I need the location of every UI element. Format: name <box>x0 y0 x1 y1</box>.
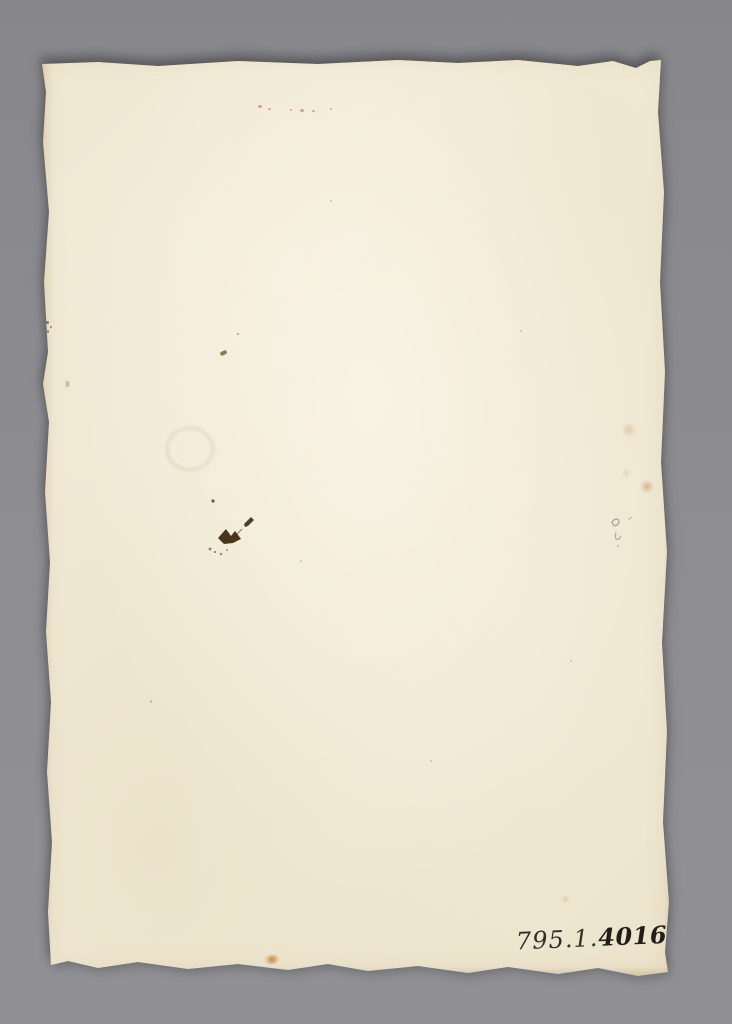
red-speck <box>258 105 262 108</box>
edge-specks <box>45 321 55 335</box>
tiny-speck <box>237 333 239 335</box>
paper-speck <box>570 660 572 662</box>
ink-dot <box>214 551 216 553</box>
paper-speck <box>330 200 332 202</box>
ink-stroke <box>234 529 242 537</box>
dark-speck <box>47 330 49 333</box>
accession-number-light: 795.1. <box>515 924 598 956</box>
dark-speck <box>46 321 49 324</box>
red-speck <box>300 109 304 112</box>
red-dotted-marks <box>256 101 338 113</box>
paper-speck <box>430 760 432 762</box>
smudge-stroke <box>615 532 621 539</box>
rust-stain <box>262 954 281 965</box>
ink-flick <box>244 517 254 527</box>
ink-blot-stain <box>198 496 262 572</box>
paper-sheet: 795.1.4016 <box>38 52 674 977</box>
foxing-spot <box>561 895 570 903</box>
ink-dot <box>211 499 214 502</box>
paper-speck <box>520 330 522 332</box>
foxing-spot <box>622 469 631 477</box>
foxing-spot <box>621 423 637 437</box>
red-speck <box>330 108 332 110</box>
graphite-smudge <box>604 514 640 556</box>
paper-surface: 795.1.4016 <box>38 52 674 977</box>
ink-dot <box>226 549 228 551</box>
accession-number-bold: 4016 <box>598 920 668 952</box>
blind-stamp-impression <box>166 427 214 471</box>
dark-speck <box>50 326 52 328</box>
paper-speck <box>300 560 302 562</box>
ink-dot <box>220 553 223 556</box>
paper-speck <box>150 700 152 703</box>
edge-fleck <box>44 890 47 895</box>
photo-background: 795.1.4016 <box>0 0 732 1024</box>
foxing-spot <box>640 480 654 493</box>
edge-fleck <box>42 820 45 823</box>
ink-dot <box>209 548 212 551</box>
smudge-stroke <box>612 519 619 526</box>
red-speck <box>312 110 315 112</box>
red-speck <box>290 109 292 111</box>
faint-gray-mark <box>66 381 69 387</box>
smudge-stroke <box>628 517 632 520</box>
smudge-dot <box>617 545 619 547</box>
edge-fleck <box>43 770 46 774</box>
ink-blob <box>218 529 241 544</box>
red-speck <box>268 108 271 110</box>
brown-fleck <box>219 350 227 357</box>
accession-number-inscription: 795.1.4016 <box>515 913 677 966</box>
